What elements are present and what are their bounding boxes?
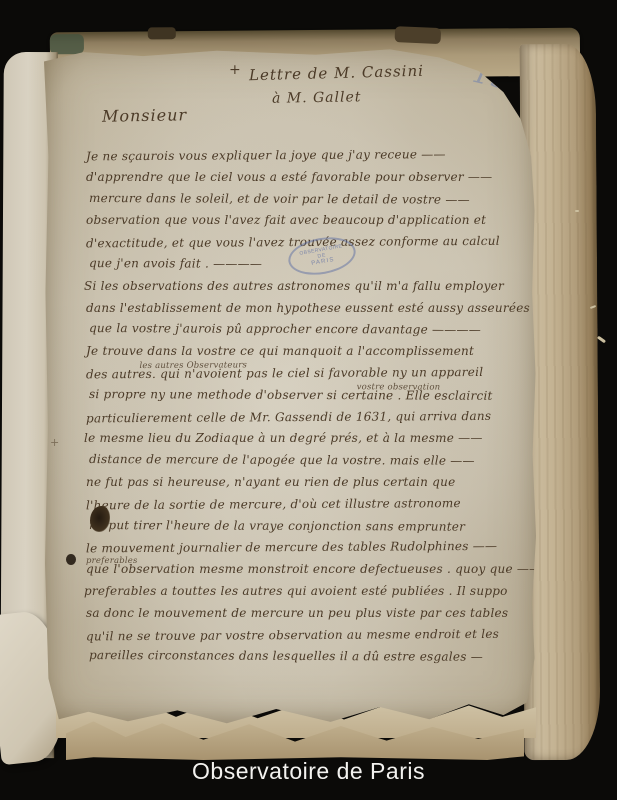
manuscript-line-text: le mesme lieu du Zodiaque à un degré pré… [84, 431, 483, 445]
manuscript-line: des autres. qui n'avoient pas le ciel si… [86, 362, 532, 387]
manuscript-line-text: d'apprendre que le ciel vous a esté favo… [86, 170, 492, 184]
letter-heading-line2: à M. Gallet [272, 89, 362, 107]
interline-insertion: vostre observation [357, 377, 441, 399]
manuscript-line: pareilles circonstances dans lesquelles … [89, 645, 535, 669]
letter-heading-line1: Lettre de M. Cassini [249, 62, 424, 85]
manuscript-line-text: sa donc le mouvement de mercure un peu p… [86, 606, 508, 620]
manuscript-line: l'heure de la sortie de mercure, d'où ce… [86, 492, 532, 517]
manuscript-line: distance de mercure de l'apogée que la v… [89, 449, 535, 473]
paper-fiber-speck [575, 210, 579, 212]
manuscript-line-text: particulierement celle de Mr. Gassendi d… [86, 408, 491, 424]
interline-insertion: les autres Observateurs [139, 355, 247, 377]
manuscript-line: si propre ny une methode d'observer si c… [89, 384, 535, 408]
manuscript-line: Je ne sçaurois vous expliquer la joye qu… [86, 144, 532, 169]
margin-mark: + [50, 436, 59, 449]
binding-wear-mark [395, 26, 442, 44]
manuscript-line-text: que l'observation mesme monstroit encore… [86, 562, 541, 576]
manuscript-line-text: ne fut pas si heureuse, n'ayant eu rien … [86, 475, 455, 489]
manuscript-line: mercure dans le soleil, et de voir par l… [89, 188, 535, 212]
manuscript-line: preferables a touttes les autres qui avo… [84, 581, 530, 603]
manuscript-line-text: observation que vous l'avez fait avec be… [86, 213, 486, 227]
manuscript-line-text: le mouvement journalier de mercure des t… [86, 539, 497, 556]
manuscript-line: le mesme lieu du Zodiaque à un degré pré… [84, 428, 530, 450]
interline-insertion: preferables [86, 551, 138, 573]
manuscript-line-text: d'exactitude, et que vous l'avez trouvée… [86, 234, 500, 251]
manuscript-line: dans l'establissement de mon hypothese e… [86, 298, 532, 320]
manuscript-line-text: Je ne sçaurois vous expliquer la joye qu… [86, 147, 446, 163]
photo-caption: Observatoire de Paris [0, 758, 617, 785]
manuscript-line: Si les observations des autres astronome… [84, 276, 530, 298]
manuscript-line-text: que la vostre j'aurois pû approcher enco… [89, 321, 481, 337]
manuscript-line-text: l'heure de la sortie de mercure, d'où ce… [86, 496, 461, 512]
manuscript-line-text: dans l'establissement de mon hypothese e… [86, 301, 530, 315]
manuscript-line: d'apprendre que le ciel vous a esté favo… [86, 167, 532, 189]
manuscript-line: ne put tirer l'heure de la vraye conjonc… [89, 515, 535, 539]
ink-dot [66, 554, 76, 565]
manuscript-line-text: pareilles circonstances dans lesquelles … [89, 648, 483, 664]
manuscript-line: ne fut pas si heureuse, n'ayant eu rien … [86, 472, 532, 494]
manuscript-line: qu'il ne se trouve par vostre observatio… [86, 623, 532, 648]
archival-photograph: + Lettre de M. Cassini à M. Gallet 1539 … [0, 0, 617, 800]
binding-wear-mark [148, 27, 176, 39]
manuscript-line-text: que j'en avois fait . ———— [89, 256, 262, 271]
salutation: Monsieur [102, 105, 187, 125]
manuscript-line-text: qu'il ne se trouve par vostre observatio… [86, 626, 499, 643]
manuscript-line: le mouvement journalier de mercure des t… [86, 536, 532, 561]
manuscript-line-text: mercure dans le soleil, et de voir par l… [89, 191, 470, 207]
manuscript-line: que l'observation mesme monstroit encore… [86, 559, 532, 581]
manuscript-line: observation que vous l'avez fait avec be… [86, 210, 532, 232]
paper-fiber-speck [597, 336, 606, 344]
annotation-cross: + [229, 62, 241, 78]
letter-body: Je ne sçaurois vous expliquer la joye qu… [86, 145, 532, 668]
stamp-text-line3: PARIS [311, 257, 335, 267]
manuscript-line: particulierement celle de Mr. Gassendi d… [86, 405, 532, 430]
manuscript-line-text: preferables a touttes les autres qui avo… [84, 584, 508, 598]
manuscript-line-text: ne put tirer l'heure de la vraye conjonc… [89, 518, 465, 534]
manuscript-line-text: Si les observations des autres astronome… [84, 279, 504, 293]
manuscript-line: sa donc le mouvement de mercure un peu p… [86, 603, 532, 625]
manuscript-page: + Lettre de M. Cassini à M. Gallet 1539 … [44, 48, 538, 726]
manuscript-line-text: distance de mercure de l'apogée que la v… [89, 452, 475, 468]
manuscript-line: que la vostre j'aurois pû approcher enco… [89, 318, 535, 342]
